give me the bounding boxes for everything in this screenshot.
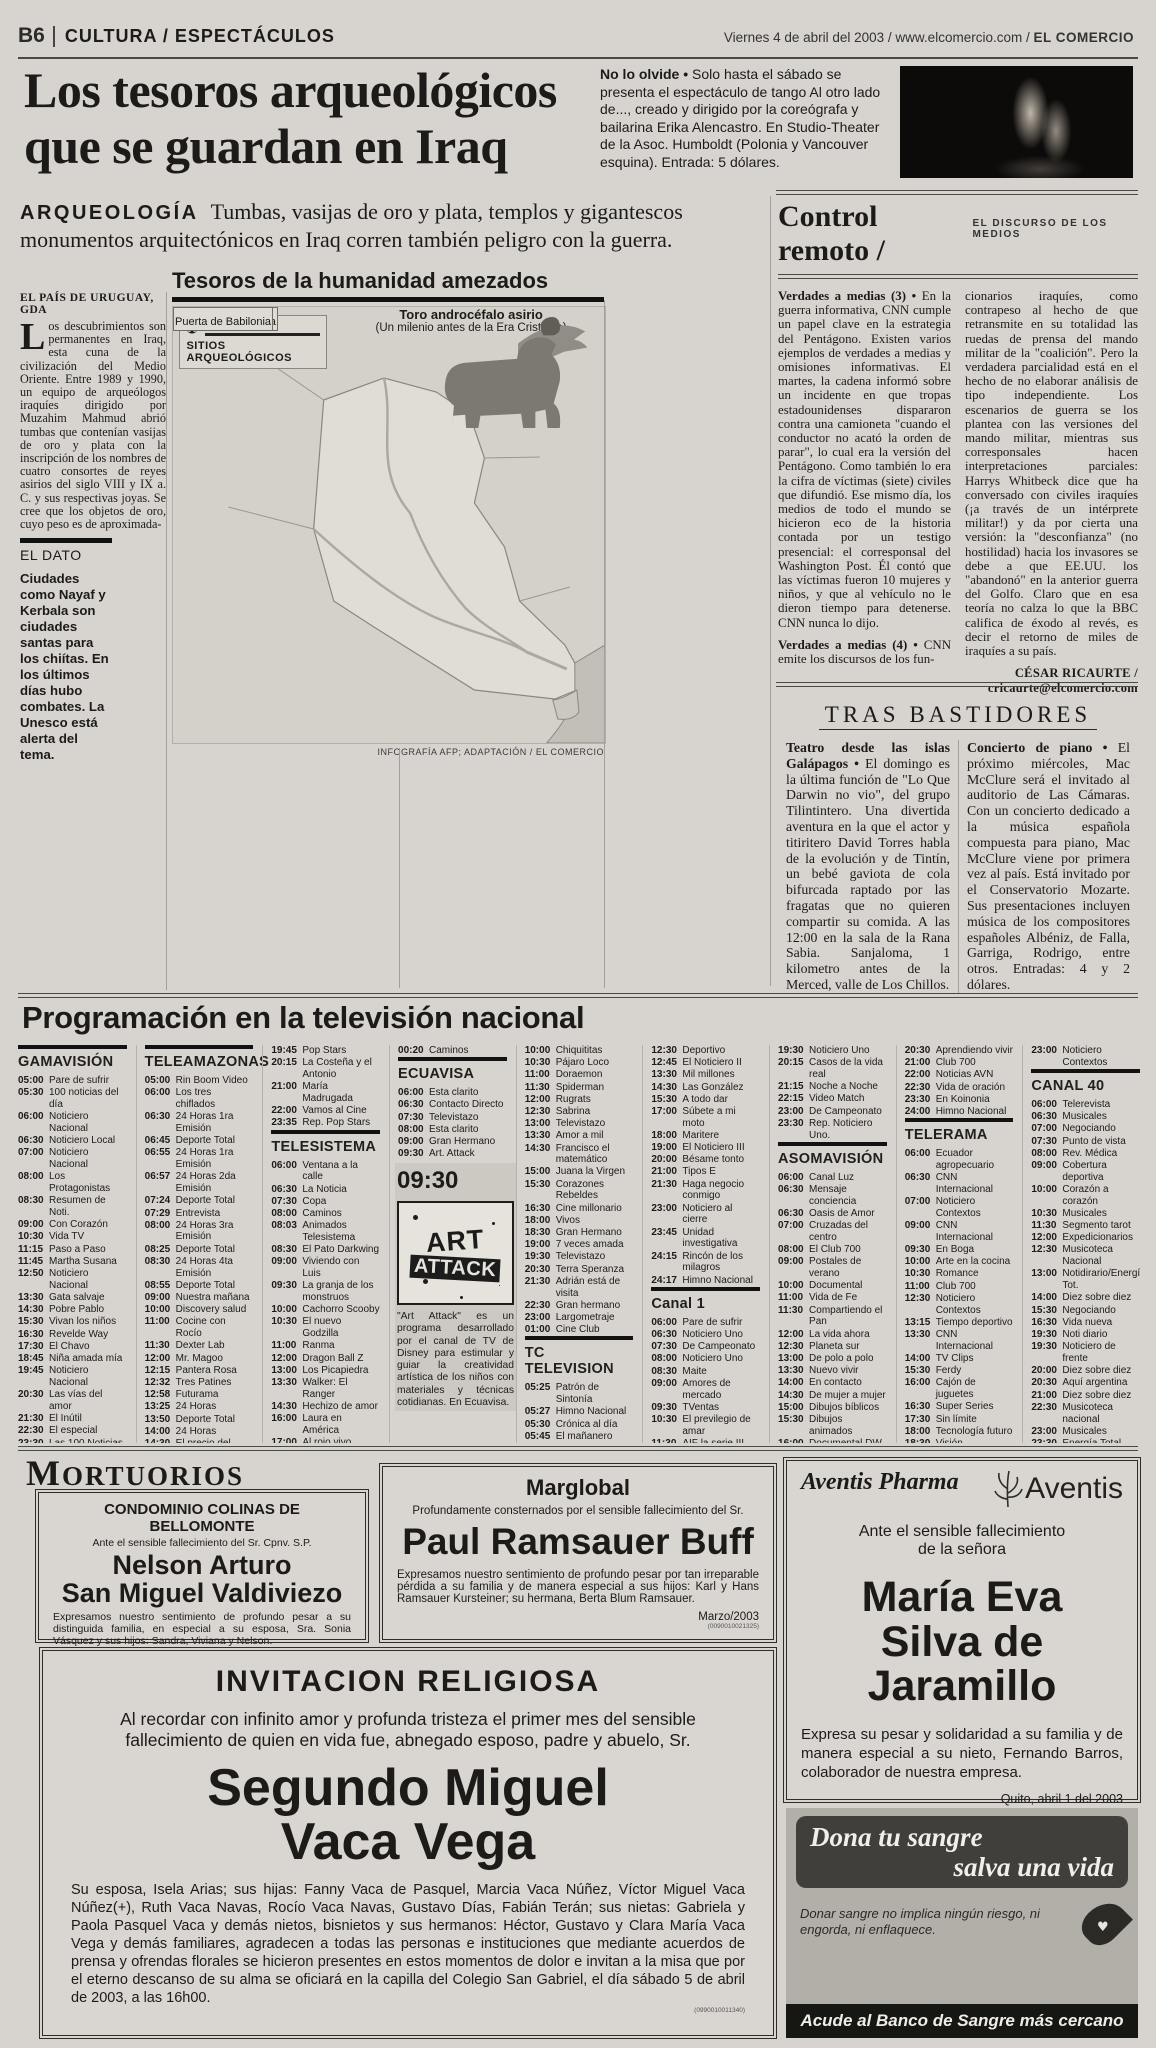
show-time: 10:00 (145, 1304, 172, 1316)
show-time: 06:00 (905, 1148, 932, 1172)
show-name: 24 Horas 4ta Emisión (176, 1256, 254, 1280)
tv-channel-column: 19:45 Pop Stars 20:15 La Costeña y el An… (262, 1045, 380, 1443)
show-time: 10:00 (271, 1304, 298, 1316)
tv-listing: 07:00 Noticiero Nacional (18, 1147, 127, 1171)
show-name: 24 Horas (176, 1426, 254, 1438)
tv-listing: 12:00 Rugrats (525, 1094, 634, 1106)
heart-icon: ♥ (1097, 1920, 1109, 1935)
tv-listing: 14:30 El precio del silencio (145, 1438, 254, 1443)
tv-listing: 10:00 Discovery salud (145, 1304, 254, 1316)
show-time: 21:00 (271, 1081, 298, 1105)
show-time: 16:30 (18, 1329, 45, 1341)
show-time: 12:00 (1031, 1232, 1058, 1244)
show-name: El especial (49, 1425, 127, 1437)
obit-organization: Marglobal (397, 1475, 759, 1501)
tv-listing: 06:57 24 Horas 2da Emisión (145, 1171, 254, 1195)
tv-channel-column: 20:30 Aprendiendo vivir 21:00 Club 700 2… (896, 1045, 1014, 1443)
show-name: Cachorro Scooby (302, 1304, 380, 1316)
show-time: 12:30 (1031, 1244, 1058, 1268)
tv-listing: 12:30 Planeta sur (778, 1341, 887, 1353)
tras-bastidores-items: Teatro desde las islas Galápagos • El do… (778, 740, 1138, 993)
show-name: Los Picapiedra (302, 1365, 380, 1377)
show-name: Vamos al Cine (302, 1105, 380, 1117)
show-name: Noticiero de frente (1062, 1341, 1140, 1365)
show-time: 13:30 (778, 1365, 805, 1377)
show-time: 07:29 (145, 1208, 172, 1220)
tv-listing: 06:30 Noticiero Uno (651, 1329, 760, 1341)
tv-listing: 07:30 Televistazo (398, 1112, 507, 1124)
show-time: 11:00 (778, 1292, 805, 1304)
show-time: 15:30 (905, 1365, 932, 1377)
show-name: Entrevista (176, 1208, 254, 1220)
show-time: 13:30 (651, 1069, 678, 1081)
tv-listing: 10:30 El nuevo Godzilla (271, 1316, 380, 1340)
show-time: 08:00 (778, 1244, 805, 1256)
tango-dancers-photo (900, 66, 1133, 178)
show-time: 06:00 (778, 1172, 805, 1184)
tv-listing: 23:00 Largometraje (525, 1312, 634, 1324)
tv-listing: 12:45 El Noticiero II (651, 1057, 760, 1069)
obit-intro: Profundamente consternados por el sensib… (397, 1505, 759, 1517)
channel-segment: 20:30 Aprendiendo vivir 21:00 Club 700 2… (905, 1045, 1014, 1118)
tv-listing: 10:30 Pájaro Loco (525, 1057, 634, 1069)
show-time: 07:30 (271, 1196, 298, 1208)
show-time: 11:00 (271, 1340, 298, 1352)
show-name: A todo dar (682, 1094, 760, 1106)
tv-listing: 15:00 Dibujos bíblicos (778, 1402, 887, 1414)
tv-listing: 16:30 Cine millonario (525, 1203, 634, 1215)
show-time: 23:45 (651, 1227, 678, 1251)
tv-listing: 23:45 Unidad investigativa (651, 1227, 760, 1251)
tv-listing: 12:30 Deportivo (651, 1045, 760, 1057)
show-time: 12:50 (18, 1268, 45, 1292)
obit-organization: CONDOMINIO COLINAS DE BELLOMONTE (53, 1501, 351, 1535)
show-time: 19:00 (525, 1239, 552, 1251)
show-time: 22:30 (905, 1082, 932, 1094)
show-name: Terra Speranza (556, 1264, 634, 1276)
tv-listing: 23:00 De Campeonato (778, 1106, 887, 1118)
tv-listing: 06:00 Pare de sufrir (651, 1317, 760, 1329)
show-name: Ventana a la calle (302, 1160, 380, 1184)
show-name: Musicales (1062, 1111, 1140, 1123)
tv-listing: 21:00 Tipos E (651, 1166, 760, 1178)
show-name: Crónica al día (556, 1419, 634, 1431)
tv-listing: 21:00 María Madrugada (271, 1081, 380, 1105)
ad-headline: Dona tu sangre salva una vida (796, 1816, 1128, 1888)
tv-listing: 23:00 Noticiero Contextos (1031, 1045, 1140, 1069)
article-column-4 (610, 292, 762, 295)
headline: Los tesoros arqueológicos que se guardan… (24, 62, 599, 174)
show-time: 11:15 (18, 1244, 45, 1256)
show-name: CNN Internacional (936, 1172, 1014, 1196)
show-time: 18:30 (905, 1438, 932, 1443)
tv-listing: 06:45 Deporte Total (145, 1135, 254, 1147)
company-name: Aventis Pharma (801, 1469, 959, 1496)
show-time: 08:30 (18, 1195, 45, 1219)
show-name: Viviendo con Luis (302, 1256, 380, 1280)
show-name: Amor a mil (556, 1130, 634, 1142)
show-name: Televistazo (556, 1251, 634, 1263)
channel-segment: Canal 1 06:00 Pare de sufrir 06:30 Notic… (651, 1287, 760, 1443)
tv-listing: 18:00 Tecnología futuro (905, 1426, 1014, 1438)
show-time: 22:30 (525, 1300, 552, 1312)
show-time: 20:00 (1031, 1365, 1058, 1377)
show-time: 22:30 (18, 1425, 45, 1437)
ad-banner: Acude al Banco de Sangre más cercano (786, 2004, 1138, 2038)
show-time: 12:00 (525, 1094, 552, 1106)
show-time: 05:00 (145, 1075, 172, 1087)
show-name: La granja de los monstruos (302, 1280, 380, 1304)
show-time: 16:30 (1031, 1317, 1058, 1329)
show-time: 14:30 (525, 1143, 552, 1167)
show-time: 14:00 (905, 1353, 932, 1365)
control-remoto-left-col: Verdades a medias (3) • En la guerra inf… (778, 289, 951, 696)
map-infographic: Tesoros de la humanidad amezados 100 KM (172, 268, 604, 757)
tv-listing: 16:00 Documental DW (778, 1438, 887, 1443)
show-time: 08:30 (651, 1366, 678, 1378)
show-name: Documental (809, 1280, 887, 1292)
tv-listing: 07:30 Punto de vista (1031, 1136, 1140, 1148)
tv-listing: 14:30 De mujer a mujer (778, 1390, 887, 1402)
show-name: Aquí argentina (1062, 1377, 1140, 1389)
show-time: 06:30 (1031, 1111, 1058, 1123)
show-time: 11:30 (651, 1438, 678, 1443)
show-time: 22:30 (1031, 1402, 1058, 1426)
tv-listing: 06:30 Contacto Directo (398, 1099, 507, 1111)
obituary-ramsauer: Marglobal Profundamente consternados por… (382, 1466, 774, 1640)
aventis-plant-icon (993, 1469, 1023, 1509)
show-name: Maritere (682, 1130, 760, 1142)
backstage-item: Concierto de piano • El próximo miércole… (958, 740, 1138, 993)
control-remoto-right-col: cionarios iraquíes, como contrapeso al h… (965, 289, 1138, 696)
show-name: Francisco el matemático (556, 1143, 634, 1167)
rule (776, 190, 1138, 195)
show-time: 01:00 (525, 1324, 552, 1336)
show-time: 22:15 (778, 1093, 805, 1105)
tv-listing: 12:00 Expedicionarios (1031, 1232, 1140, 1244)
tv-listing: 14:30 Hechizo de amor (271, 1401, 380, 1413)
show-name: Walker: El Ranger (302, 1377, 380, 1401)
show-time: 22:00 (905, 1069, 932, 1081)
show-name: Casos de la vida real (809, 1057, 887, 1081)
show-name: Noti diario (1062, 1329, 1140, 1341)
show-time: 08:00 (651, 1353, 678, 1365)
show-time: 05:45 (525, 1431, 552, 1443)
show-time: 12:30 (651, 1045, 678, 1057)
show-time: 24:17 (651, 1275, 678, 1287)
show-name: Art. Attack (429, 1148, 507, 1160)
tv-listing: 05:45 El mañanero (525, 1431, 634, 1443)
show-name: Resumen de Noti. (49, 1195, 127, 1219)
show-time: 23:00 (1031, 1045, 1058, 1069)
tv-listing: 08:30 Maite (651, 1366, 760, 1378)
show-name: TVentas (682, 1402, 760, 1414)
show-time: 19:00 (651, 1142, 678, 1154)
column-rule (399, 748, 400, 988)
headline-line2: que se guardan en Iraq (24, 118, 599, 174)
obituary-san-miguel: CONDOMINIO COLINAS DE BELLOMONTE Ante el… (38, 1492, 366, 1640)
show-name: Visión Internacional (936, 1438, 1014, 1443)
show-time: 08:03 (271, 1220, 298, 1244)
show-time: 12:30 (778, 1341, 805, 1353)
show-name: El previlegio de amar (682, 1414, 760, 1438)
monument-caption: Puerta de Babilonia (174, 314, 272, 330)
show-name: Noche a Noche (809, 1081, 887, 1093)
show-time: 13:30 (271, 1377, 298, 1401)
tv-listing: 11:00 Ranma (271, 1340, 380, 1352)
map-title: Tesoros de la humanidad amezados (172, 268, 604, 294)
show-name: Noticiero Nacional (49, 1111, 127, 1135)
tv-listing: 09:00 Amores de mercado (651, 1378, 760, 1402)
tv-channel-column: 19:30 Noticiero Uno 20:15 Casos de la vi… (769, 1045, 887, 1443)
tv-listing: 06:00 Canal Luz (778, 1172, 887, 1184)
obit-intro: Ante el sensible fallecimiento de la señ… (801, 1523, 1123, 1559)
tv-listing: 23:30 En Koinonia (905, 1094, 1014, 1106)
tv-listing: 20:15 La Costeña y el Antonio (271, 1057, 380, 1081)
show-time: 13:30 (18, 1292, 45, 1304)
show-name: Pare de sufrir (682, 1317, 760, 1329)
show-name: Energía Total (1062, 1438, 1140, 1443)
show-name: AIF la serie III (682, 1438, 760, 1443)
article-paragraph: Los descubrimientos son permanentes en I… (20, 320, 166, 531)
channel-header: ECUAVISA (398, 1057, 507, 1087)
show-name: En Boga (936, 1244, 1014, 1256)
media-column-item: cionarios iraquíes, como contrapeso al h… (965, 289, 1138, 658)
tv-listing: 22:15 Video Match (778, 1093, 887, 1105)
show-name: Rincón de los milagros (682, 1251, 760, 1275)
show-name: Cajón de juguetes (936, 1377, 1014, 1401)
show-name: Noticiero Contextos (936, 1293, 1014, 1317)
show-time: 11:00 (905, 1281, 932, 1293)
show-time: 21:30 (18, 1413, 45, 1425)
tv-listing: 20:00 Diez sobre diez (1031, 1365, 1140, 1377)
tv-listing: 24:17 Himno Nacional (651, 1275, 760, 1287)
channel-segment: 19:30 Noticiero Uno 20:15 Casos de la vi… (778, 1045, 887, 1141)
ad-headline-line1: Dona tu sangre (810, 1822, 1114, 1852)
tv-listing: 06:30 Mensaje conciencia (778, 1184, 887, 1208)
tv-listing: 06:30 24 Horas 1ra Emisión (145, 1111, 254, 1135)
tv-listing: 08:00 24 Horas 3ra Emisión (145, 1220, 254, 1244)
show-time: 07:30 (651, 1341, 678, 1353)
tv-listing: 23:30 Energía Total (1031, 1438, 1140, 1443)
show-time: 10:30 (651, 1414, 678, 1438)
show-name: Niña amada mía (49, 1353, 127, 1365)
show-name: Noticiero al cierre (682, 1203, 760, 1227)
tv-listing: 14:30 Francisco el matemático (525, 1143, 634, 1167)
tv-listing: 08:30 El Pato Darkwing (271, 1244, 380, 1256)
show-name: Revelde Way (49, 1329, 127, 1341)
tv-listing: 14:00 En contacto (778, 1377, 887, 1389)
show-time: 12:00 (271, 1353, 298, 1365)
tv-channel-column: GAMAVISIÓN 05:00 Pare de sufrir 05:30 10… (18, 1045, 127, 1443)
tv-listing: 07:24 Deporte Total (145, 1195, 254, 1207)
channel-header: TELESISTEMA (271, 1130, 380, 1160)
show-time: 11:30 (525, 1082, 552, 1094)
show-time: 10:00 (525, 1045, 552, 1057)
show-name: Punto de vista (1062, 1136, 1140, 1148)
show-name: Rugrats (556, 1094, 634, 1106)
show-time: 07:00 (18, 1147, 45, 1171)
show-name: Rep. Pop Stars (302, 1117, 380, 1129)
show-time: 05:27 (525, 1406, 552, 1418)
show-name: Animados Telesistema (302, 1220, 380, 1244)
show-name: En Koinonia (936, 1094, 1014, 1106)
show-name: El Noticiero III (682, 1142, 760, 1154)
show-time: 05:00 (18, 1075, 45, 1087)
show-time: 23:00 (1031, 1426, 1058, 1438)
show-time: 21:00 (1031, 1390, 1058, 1402)
show-name: Con Corazón (49, 1219, 127, 1231)
tv-listing: 19:30 Noticiero de frente (1031, 1341, 1140, 1365)
tv-listing: 10:00 Cachorro Scooby (271, 1304, 380, 1316)
tv-listing: 13:30 Amor a mil (525, 1130, 634, 1142)
show-name: Hechizo de amor (302, 1401, 380, 1413)
show-time: 09:30 (651, 1402, 678, 1414)
show-name: Himno Nacional (682, 1275, 760, 1287)
show-name: Vida de oración (936, 1082, 1014, 1094)
tv-listing: 19:45 Pop Stars (271, 1045, 380, 1057)
show-name: Patrón de Sintonía (556, 1382, 634, 1406)
channel-header: TELEAMAZONAS (145, 1045, 254, 1075)
show-name: Cine Club (556, 1324, 634, 1336)
show-time: 14:30 (651, 1082, 678, 1094)
show-time: 06:30 (18, 1135, 45, 1147)
show-time: 05:25 (525, 1382, 552, 1406)
show-time: 11:30 (1031, 1220, 1058, 1232)
tv-listing: 13:30 Gata salvaje (18, 1292, 127, 1304)
obit-intro: Al recordar con infinito amor y profunda… (101, 1709, 715, 1751)
obituary-vaca-vega: INVITACION RELIGIOSA Al recordar con inf… (42, 1650, 774, 2036)
show-time: 18:00 (905, 1426, 932, 1438)
show-time: 14:30 (145, 1438, 172, 1443)
tv-listing: 09:00 Gran Hermano (398, 1136, 507, 1148)
tv-listing: 13:30 CNN Internacional (905, 1329, 1014, 1353)
show-time: 06:00 (398, 1087, 425, 1099)
show-name: Deporte Total (176, 1244, 254, 1256)
tv-listing: 05:27 Himno Nacional (525, 1406, 634, 1418)
show-time: 14:00 (1031, 1292, 1058, 1304)
control-remoto-subtitle: EL DISCURSO DE LOS MEDIOS (972, 218, 1138, 240)
show-time: 14:30 (18, 1304, 45, 1316)
tv-listing: 23:30 Las 100 Noticias (18, 1438, 127, 1444)
show-time: 13:30 (905, 1329, 932, 1353)
tv-listing: 21:00 Diez sobre diez (1031, 1390, 1140, 1402)
tv-listing: 23:30 Rep. Noticiero Uno. (778, 1118, 887, 1142)
show-name: CNN Internacional (936, 1220, 1014, 1244)
tv-listing: 09:30 Art. Attack (398, 1148, 507, 1160)
tv-listing: 13:30 Mil millones (651, 1069, 760, 1081)
show-time: 18:00 (651, 1130, 678, 1142)
obit-header: INVITACION RELIGIOSA (71, 1665, 745, 1699)
show-name: Dragon Ball Z (302, 1353, 380, 1365)
tv-listing: 21:30 Adrián está de visita (525, 1276, 634, 1300)
tv-listing: 16:00 Cajón de juguetes (905, 1377, 1014, 1401)
show-name: Tecnología futuro (936, 1426, 1014, 1438)
show-time: 06:30 (778, 1208, 805, 1220)
rule (776, 682, 1138, 687)
tv-listing: 16:00 Laura en América (271, 1413, 380, 1437)
tv-channel-column: 10:00 Chiquititas 10:30 Pájaro Loco 11:0… (516, 1045, 634, 1443)
show-name: Video Match (809, 1093, 887, 1105)
show-name: Noticiero Nacional (49, 1268, 127, 1292)
show-name: El Noticiero II (682, 1057, 760, 1069)
tv-listing: 06:00 Ventana a la calle (271, 1160, 380, 1184)
channel-segment: 12:30 Deportivo 12:45 El Noticiero II 13… (651, 1045, 760, 1286)
show-name: Vida TV (49, 1231, 127, 1243)
tv-listing: 19:45 Noticiero Nacional (18, 1365, 127, 1389)
show-time: 09:30 (905, 1244, 932, 1256)
channel-header: ASOMAVISIÓN (778, 1142, 887, 1172)
tv-listing: 12:30 Musicoteca Nacional (1031, 1244, 1140, 1268)
newspaper-page: B6 CULTURA / ESPECTÁCULOS Viernes 4 de a… (0, 0, 1156, 2048)
article-deck: ARQUEOLOGÍA Tumbas, vasijas de oro y pla… (20, 198, 765, 254)
tv-listing: 21:00 Club 700 (905, 1057, 1014, 1069)
show-name: Compartiendo el Pan (809, 1305, 887, 1329)
show-name: Mil millones (682, 1069, 760, 1081)
tv-listing: 08:30 Resumen de Noti. (18, 1195, 127, 1219)
show-name: Gata salvaje (49, 1292, 127, 1304)
tv-listing: 19:00 El Noticiero III (651, 1142, 760, 1154)
tv-listing: 06:00 Los tres chiflados (145, 1087, 254, 1111)
show-name: Ecuador agropecuario (936, 1148, 1014, 1172)
show-name: De polo a polo (809, 1353, 887, 1365)
show-name: Dibujos animados (809, 1414, 887, 1438)
page-number: B6 (18, 24, 45, 48)
show-name: Tipos E (682, 1166, 760, 1178)
show-name: Diez sobre diez (1062, 1390, 1140, 1402)
show-name: Contacto Directo (429, 1099, 507, 1111)
show-time: 17:30 (18, 1341, 45, 1353)
el-dato-text: Ciudades como Nayaf y Kerbala son ciudad… (20, 571, 112, 763)
section-divider (18, 1446, 1138, 1451)
show-name: Caminos (302, 1208, 380, 1220)
show-name: Sin límite (936, 1414, 1014, 1426)
tv-listing: 20:30 Terra Speranza (525, 1264, 634, 1276)
tv-listing: 23:00 Noticiero al cierre (651, 1203, 760, 1227)
tv-listing: 16:30 Revelde Way (18, 1329, 127, 1341)
show-name: El Club 700 (809, 1244, 887, 1256)
show-name: Bésame tonto (682, 1154, 760, 1166)
show-time: 13:00 (1031, 1268, 1058, 1292)
deceased-name: Segundo Miguel Vaca Vega (71, 1761, 745, 1869)
tv-listing: 14:30 Pobre Pablo (18, 1304, 127, 1316)
show-name: Arte en la cocina (936, 1256, 1014, 1268)
show-time: 14:30 (778, 1390, 805, 1402)
tv-listing: 10:00 Corazón a corazón (1031, 1184, 1140, 1208)
tv-listing: 10:30 Romance (905, 1268, 1014, 1280)
show-time: 10:00 (778, 1280, 805, 1292)
show-time: 21:15 (778, 1081, 805, 1093)
show-time: 21:30 (525, 1276, 552, 1300)
tv-listing: 11:30 Segmento tarot (1031, 1220, 1140, 1232)
tv-listing: 18:00 Vivos (525, 1215, 634, 1227)
tv-listing: 08:55 Deporte Total (145, 1280, 254, 1292)
obit-body: Expresa su pesar y solidaridad a su fami… (801, 1725, 1123, 1782)
tv-listing: 08:30 24 Horas 4ta Emisión (145, 1256, 254, 1280)
tv-listing: 10:30 Vida TV (18, 1231, 127, 1243)
show-name: La Noticia (302, 1184, 380, 1196)
show-time: 18:45 (18, 1353, 45, 1365)
channel-header: TELERAMA (905, 1118, 1014, 1148)
tv-listing: 15:30 A todo dar (651, 1094, 760, 1106)
show-time: 11:00 (145, 1316, 172, 1340)
show-name: Diez sobre diez (1062, 1365, 1140, 1377)
show-time: 16:00 (778, 1438, 805, 1443)
show-time: 15:30 (18, 1316, 45, 1328)
show-time: 23:00 (651, 1203, 678, 1227)
tv-listing: 13:50 Deporte Total (145, 1414, 254, 1426)
tv-section-title: Programación en la televisión nacional (22, 1000, 584, 1036)
